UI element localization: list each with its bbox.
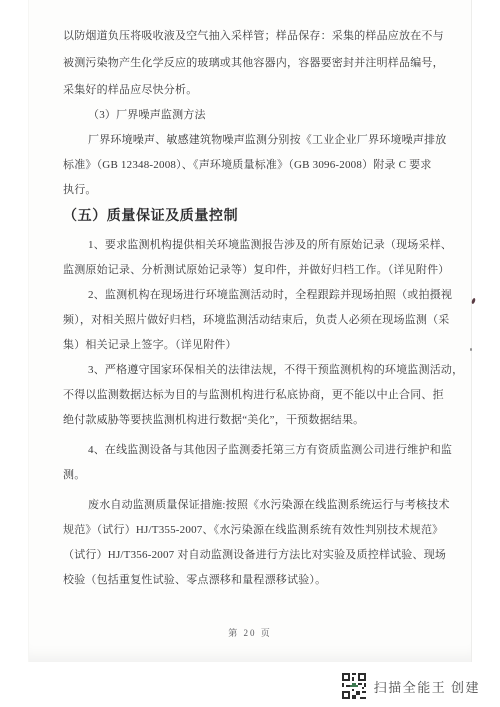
section-heading: （五）质量保证及质量控制 [63,203,447,230]
text-line: （3）厂界噪声监测方法 [63,103,447,128]
scanner-watermark: 扫描全能王 创建 [342,673,480,699]
text-line: 废水自动监测质量保证措施:按照《水污染源在线监测系统运行与考核技术 [63,493,447,518]
text-line: 厂界环境噪声、敏感建筑物噪声监测分别按《工业企业厂界环境噪声排放 [63,128,447,153]
text-line: 测。 [63,463,447,488]
text-line: 规范》（试行）HJ/T355-2007、《水污染源在线监测系统有效性判别技术规范… [63,518,447,543]
text-line: 绝付款威胁等要挟监测机构进行数据“美化”，干预数据结果。 [63,408,447,433]
text-line: 频），对相关照片做好归档，环境监测活动结束后，负责人必须在现场监测（采 [63,308,447,333]
qr-code-icon [342,673,366,699]
text-line: 执行。 [63,178,447,203]
scanner-watermark-label: 扫描全能王 创建 [374,677,480,696]
text-line: 1、要求监测机构提供相关环境监测报告涉及的所有原始记录（现场采样、 [63,233,447,258]
text-line: 集）相关记录上签字。（详见附件） [63,333,447,358]
text-line: 2、监测机构在现场进行环境监测活动时，全程跟踪并现场拍照（或拍摄视 [63,283,447,308]
text-line: 采集好的样品应尽快分析。 [63,78,447,103]
page-number: 第 20 页 [29,626,471,639]
document-page: 以防烟道负压将吸收液及空气抽入采样管；样品保存：采集的样品应放在不与被测污染物产… [28,0,472,662]
text-line: 4、在线监测设备与其他因子监测委托第三方有资质监测公司进行维护和监 [63,438,447,463]
text-line: 不得以监测数据达标为目的与监测机构进行私底协商，更不能以中止合同、拒 [63,383,447,408]
text-line: 校验（包括重复性试验、零点漂移和量程漂移试验）。 [63,568,447,593]
text-line: 标准》（GB 12348-2008）、《声环境质量标准》（GB 3096-200… [63,153,447,178]
text-line: （试行）HJ/T356-2007 对自动监测设备进行方法比对实验及质控样试验、现… [63,543,447,568]
scan-artifact-speck [471,298,476,305]
text-line: 以防烟道负压将吸收液及空气抽入采样管；样品保存：采集的样品应放在不与 [63,24,447,49]
text-line: 监测原始记录、分析测试原始记录等）复印件，并做好归档工作。（详见附件） [63,258,447,283]
text-line: 3、严格遵守国家环保相关的法律法规，不得干预监测机构的环境监测活动， [63,358,447,383]
document-lines: 以防烟道负压将吸收液及空气抽入采样管；样品保存：采集的样品应放在不与被测污染物产… [63,24,447,593]
scanned-document-canvas: 以防烟道负压将吸收液及空气抽入采样管；样品保存：采集的样品应放在不与被测污染物产… [0,0,500,707]
text-line: 被测污染物产生化学反应的玻璃或其他容器内，容器要密封并注明样品编号， [63,51,447,76]
scan-artifact-speck [470,348,472,351]
